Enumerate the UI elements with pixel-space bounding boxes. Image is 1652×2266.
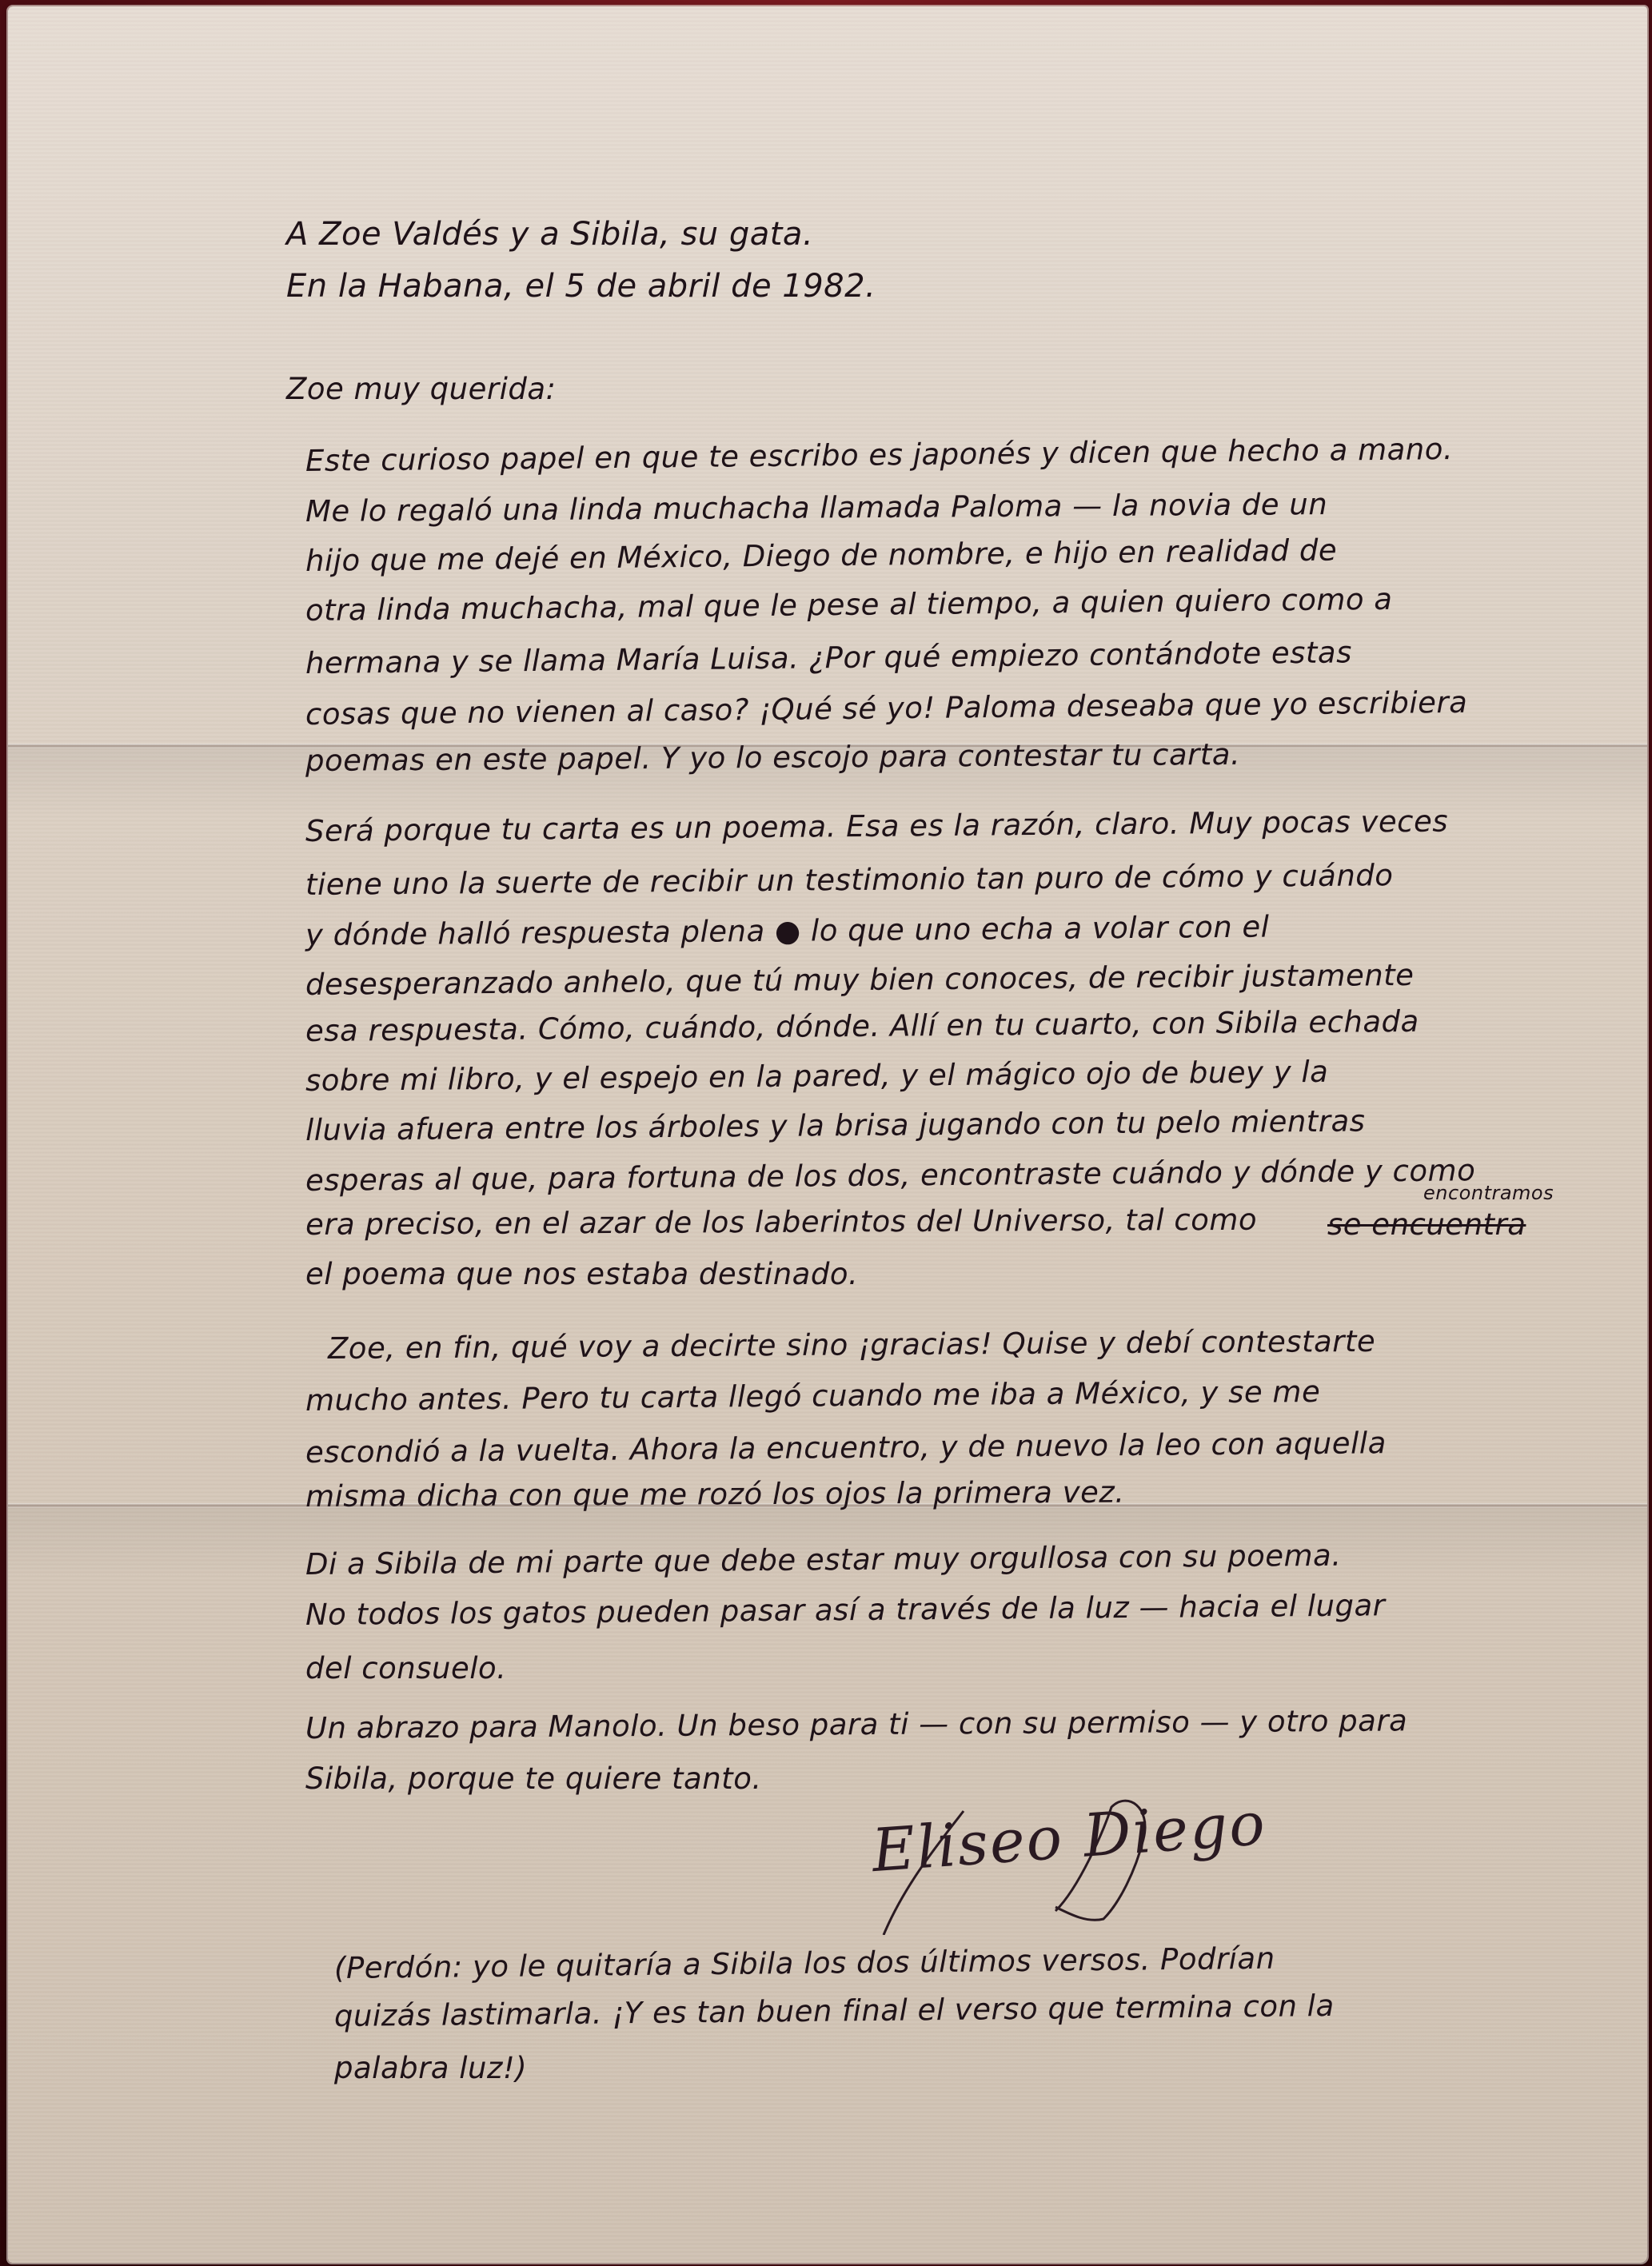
correction-insert: encontramos — [1423, 1182, 1554, 1204]
letter-line: mucho antes. Pero tu carta llegó cuando … — [305, 1374, 1321, 1418]
letter-line: Di a Sibila de mi parte que debe estar m… — [305, 1538, 1342, 1582]
postscript-line: quizás lastimarla. ¡Y es tan buen final … — [334, 1989, 1335, 2033]
letter-line: otra linda muchacha, mal que le pese al … — [305, 582, 1393, 628]
letter-line: era preciso, en el azar de los laberinto… — [305, 1203, 1257, 1242]
letter-line: misma dicha con que me rozó los ojos la … — [305, 1475, 1125, 1514]
letter-line: Será porque tu carta es un poema. Esa es… — [305, 804, 1448, 848]
letter-line: esa respuesta. Cómo, cuándo, dónde. Allí… — [305, 1004, 1419, 1048]
letter-line: No todos los gatos pueden pasar así a tr… — [305, 1588, 1386, 1632]
postscript-line: (Perdón: yo le quitaría a Sibila los dos… — [334, 1941, 1275, 1985]
letter-line: escondió a la vuelta. Ahora la encuentro… — [305, 1426, 1387, 1470]
letter-line: tiene uno la suerte de recibir un testim… — [305, 858, 1394, 902]
letter-line: hermana y se llama María Luisa. ¿Por qué… — [305, 635, 1352, 680]
letter-line: sobre mi libro, y el espejo en la pared,… — [305, 1055, 1329, 1098]
letter-line: lluvia afuera entre los árboles y la bri… — [305, 1103, 1366, 1147]
dedication: A Zoe Valdés y a Sibila, su gata. — [286, 216, 813, 253]
letter-line: cosas que no vienen al caso? ¡Qué sé yo!… — [305, 685, 1468, 732]
salutation: Zoe muy querida: — [286, 372, 556, 406]
letter-line: el poema que nos estaba destinado. — [305, 1257, 858, 1291]
letter-line: Zoe, en fin, qué voy a decirte sino ¡gra… — [328, 1324, 1376, 1366]
handwritten-letter: A Zoe Valdés y a Sibila, su gata. En la … — [0, 0, 1652, 2266]
letter-line: esperas al que, para fortuna de los dos,… — [305, 1153, 1476, 1198]
letter-line: poemas en este papel. Y yo lo escojo par… — [305, 737, 1241, 778]
letter-line: y dónde halló respuesta plena ● lo que u… — [305, 909, 1270, 952]
letter-line: Este curioso papel en que te escribo es … — [305, 432, 1454, 478]
postscript-line: palabra luz!) — [334, 2051, 527, 2085]
place-date: En la Habana, el 5 de abril de 1982. — [286, 268, 876, 305]
letter-line: Sibila, porque te quiere tanto. — [305, 1761, 762, 1796]
letter-line: Me lo regaló una linda muchacha llamada … — [305, 487, 1328, 529]
letter-line: desesperanzado anhelo, que tú muy bien c… — [305, 958, 1415, 1002]
letter-line: hijo que me dejé en México, Diego de nom… — [305, 533, 1338, 578]
letter-line: del consuelo. — [305, 1651, 506, 1686]
correction-struck: se encuentra — [1327, 1207, 1526, 1242]
letter-line: Un abrazo para Manolo. Un beso para ti —… — [305, 1703, 1408, 1745]
